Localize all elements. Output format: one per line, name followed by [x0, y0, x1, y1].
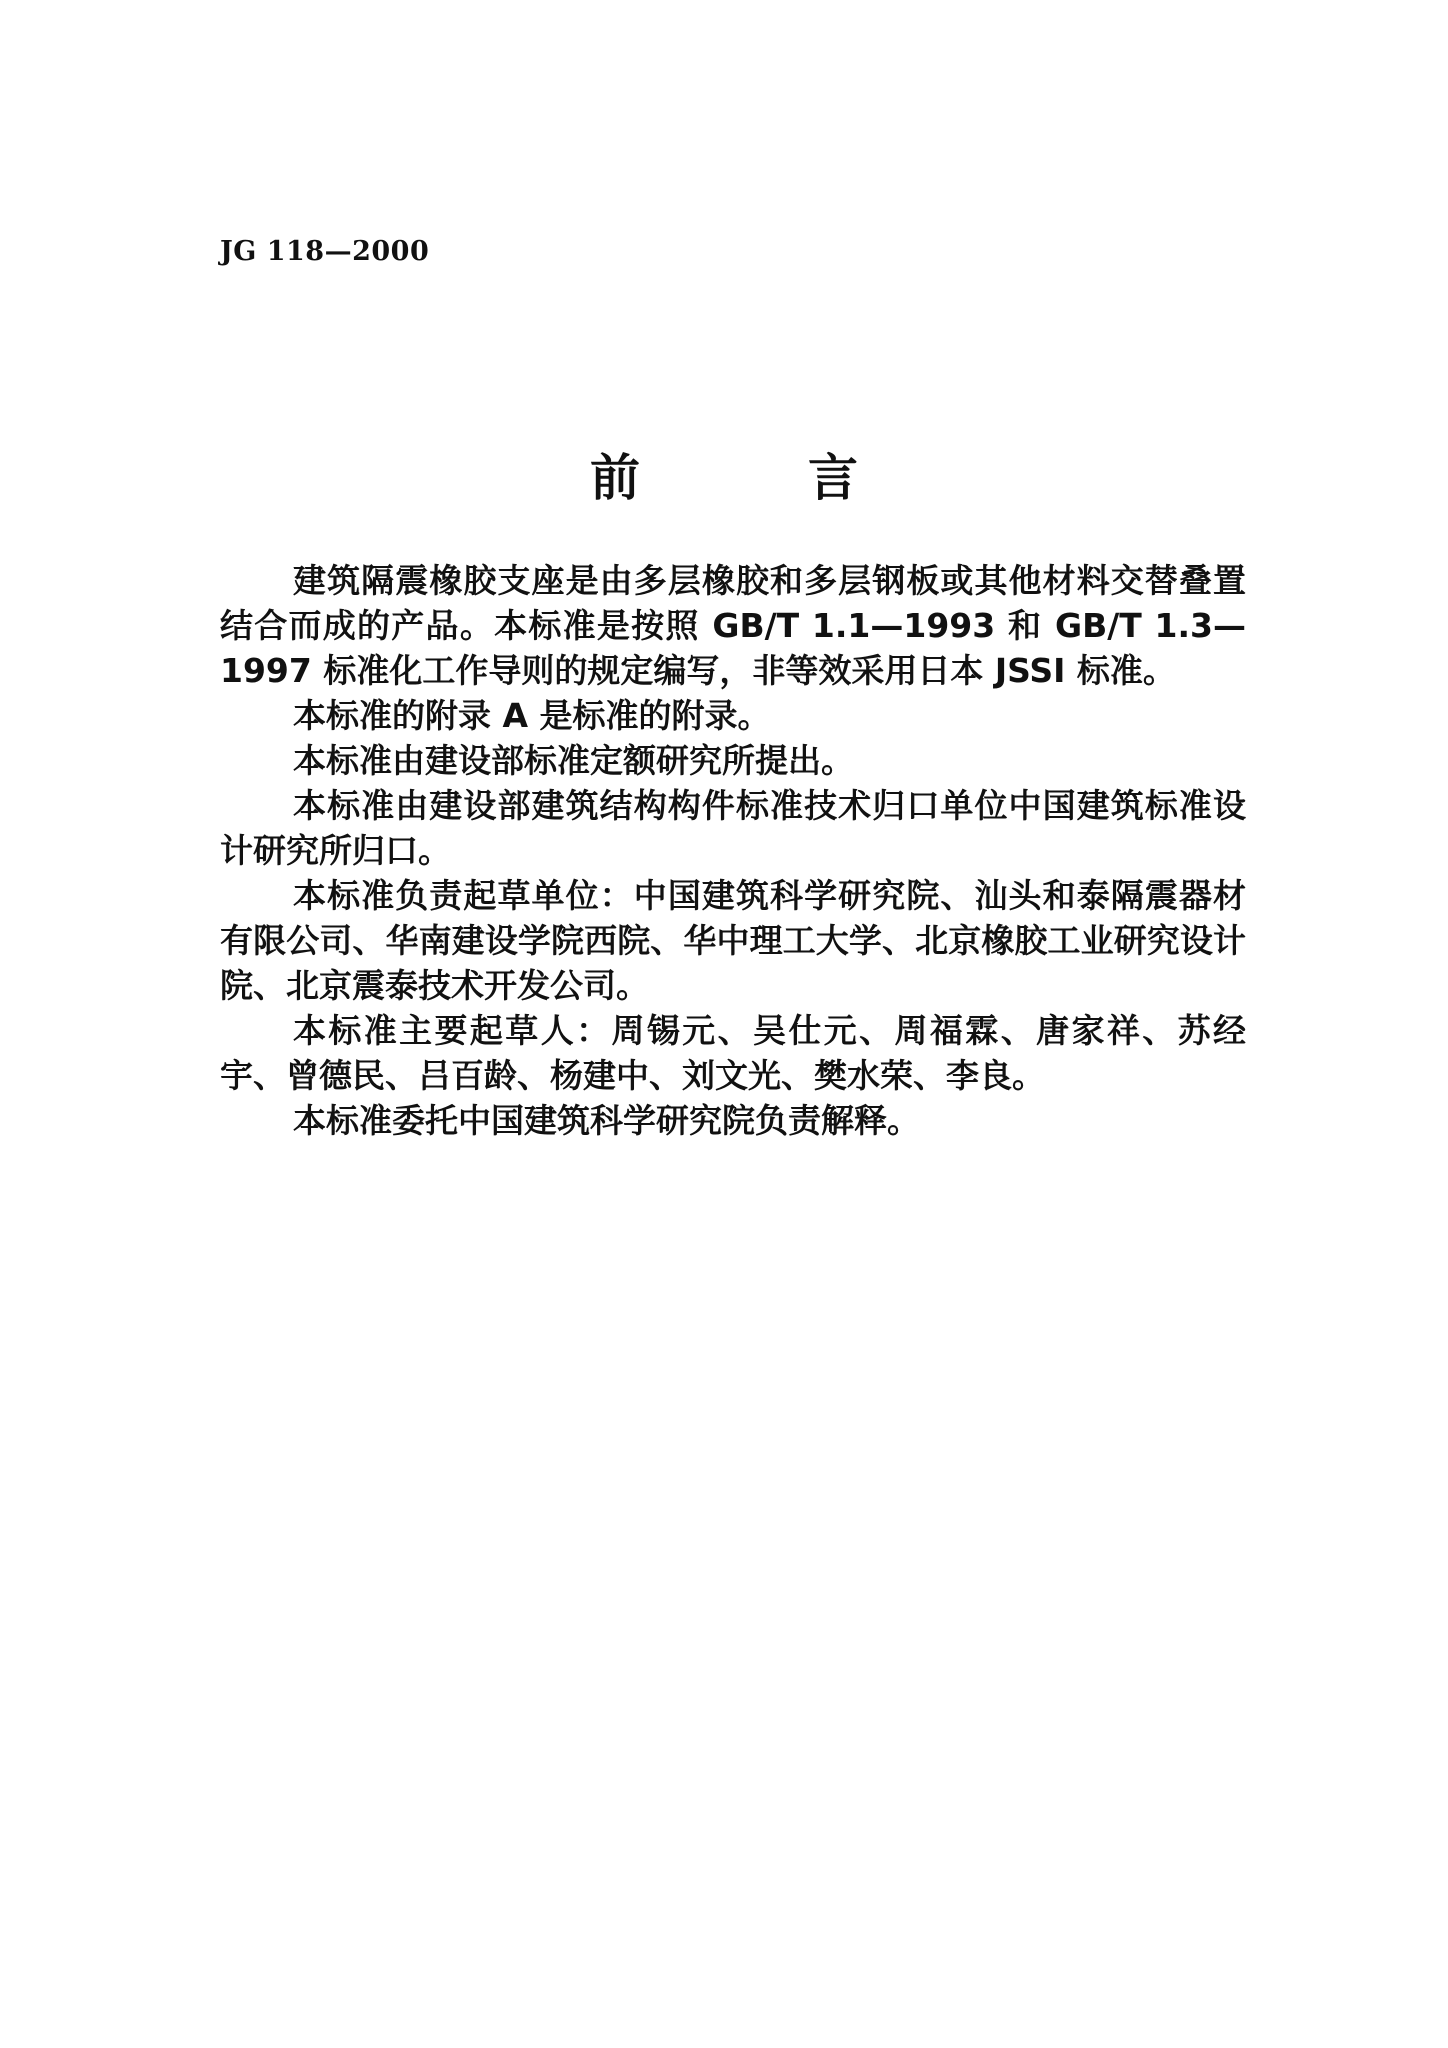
paragraph-drafting-units: 本标准负责起草单位：中国建筑科学研究院、汕头和泰隔震器材有限公司、华南建设学院西… — [220, 873, 1246, 1008]
paragraph-appendix: 本标准的附录 A 是标准的附录。 — [220, 693, 1246, 738]
standard-code: JG 118—2000 — [220, 236, 429, 267]
foreword-body: 建筑隔震橡胶支座是由多层橡胶和多层钢板或其他材料交替叠置结合而成的产品。本标准是… — [220, 558, 1246, 1143]
paragraph-proposer: 本标准由建设部标准定额研究所提出。 — [220, 738, 1246, 783]
paragraph-interpretation: 本标准委托中国建筑科学研究院负责解释。 — [220, 1098, 1246, 1143]
title-char-2: 言 — [808, 448, 858, 508]
title-char-1: 前 — [590, 448, 640, 508]
page-title: 前言 — [590, 448, 858, 508]
paragraph-drafters: 本标准主要起草人：周锡元、吴仕元、周福霖、唐家祥、苏经宇、曾德民、吕百龄、杨建中… — [220, 1008, 1246, 1098]
paragraph-administrator: 本标准由建设部建筑结构构件标准技术归口单位中国建筑标准设计研究所归口。 — [220, 783, 1246, 873]
paragraph-scope: 建筑隔震橡胶支座是由多层橡胶和多层钢板或其他材料交替叠置结合而成的产品。本标准是… — [220, 558, 1246, 693]
